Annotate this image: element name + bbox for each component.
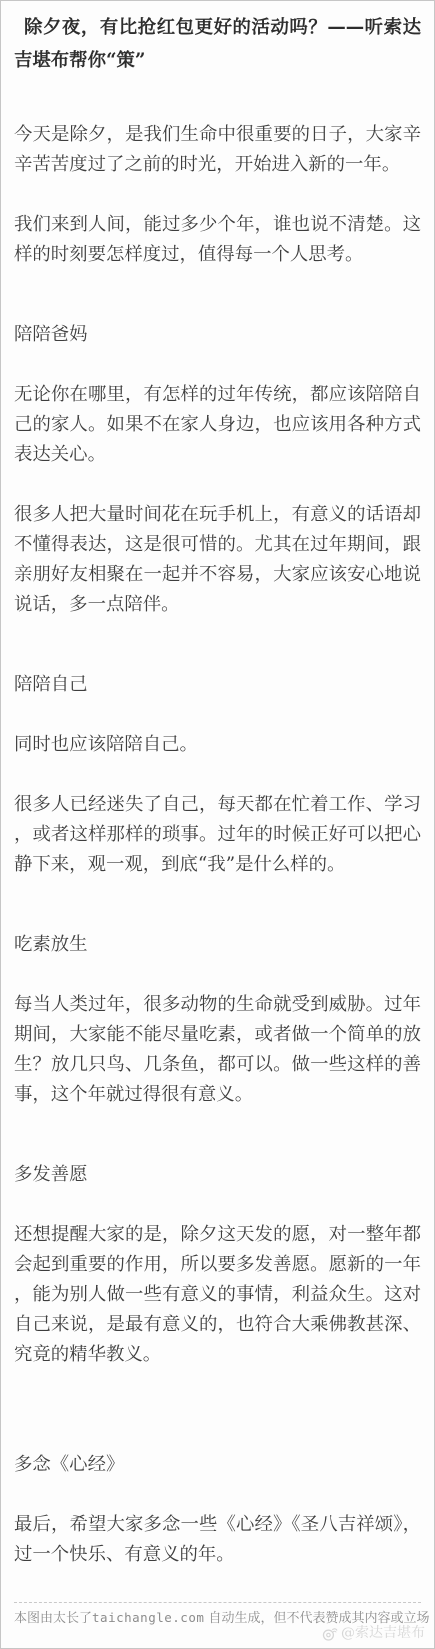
section-heading: 陪陪自己 <box>14 670 421 700</box>
article-paragraph: 很多人把大量时间花在玩手机上，有意义的话语却不懂得表达，这是很可惜的。尤其在过年… <box>14 500 421 620</box>
section-heading: 陪陪爸妈 <box>14 320 421 350</box>
generator-note-prefix: 本图由太长了 <box>14 1611 92 1626</box>
section-heading: 多发善愿 <box>14 1160 421 1190</box>
section-heading: 吃素放生 <box>14 930 421 960</box>
weibo-icon <box>321 1625 338 1642</box>
weibo-handle: @索达吉堪布 <box>341 1624 425 1642</box>
article-paragraph: 每当人类过年，很多动物的生命就受到威胁。过年期间，大家能不能尽量吃素，或者做一个… <box>14 990 421 1110</box>
article-paragraph: 今天是除夕，是我们生命中很重要的日子，大家辛辛苦苦度过了之前的时光，开始进入新的… <box>14 120 421 180</box>
article-title: 除夕夜，有比抢红包更好的活动吗？——听索达吉堪布帮你“策” <box>14 11 421 77</box>
article-paragraph: 无论你在哪里，有怎样的过年传统，都应该陪陪自己的家人。如果不在家人身边，也应该用… <box>14 380 421 470</box>
footer-divider <box>14 1602 421 1603</box>
section-heading: 多念《心经》 <box>14 1450 421 1480</box>
article-page: 除夕夜，有比抢红包更好的活动吗？——听索达吉堪布帮你“策” 今天是除夕，是我们生… <box>0 0 435 1649</box>
article-paragraph: 还想提醒大家的是，除夕这天发的愿，对一整年都会起到重要的作用，所以要多发善愿。愿… <box>14 1220 421 1370</box>
article-paragraph: 同时也应该陪陪自己。 <box>14 730 421 760</box>
article-paragraph: 我们来到人间，能过多少个年，谁也说不清楚。这样的时刻要怎样度过，值得每一个人思考… <box>14 210 421 270</box>
article-body: 今天是除夕，是我们生命中很重要的日子，大家辛辛苦苦度过了之前的时光，开始进入新的… <box>14 120 421 1570</box>
generator-site-url: taichangle.com <box>92 1610 204 1625</box>
weibo-watermark: @索达吉堪布 <box>321 1624 425 1642</box>
article-paragraph: 很多人已经迷失了自己，每天都在忙着工作、学习，或者这样那样的琐事。过年的时候正好… <box>14 790 421 880</box>
article-paragraph: 最后，希望大家多念一些《心经》《圣八吉祥颂》，过一个快乐、有意义的年。 <box>14 1510 421 1570</box>
